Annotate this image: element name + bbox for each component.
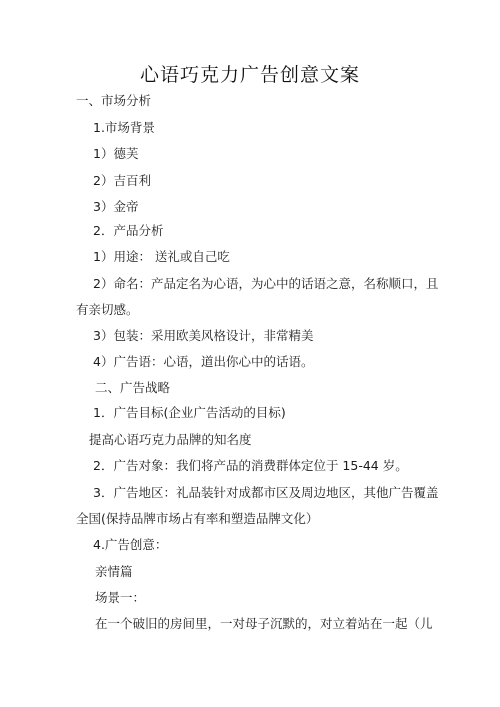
document-line: 2）命名：产品定名为心语，为心中的话语之意，名称顺口，且 bbox=[93, 276, 438, 292]
document-line: 提高心语巧克力品牌的知名度 bbox=[89, 432, 252, 448]
document-line: 一、市场分析 bbox=[76, 93, 151, 109]
document-line: 2．产品分析 bbox=[93, 223, 163, 239]
document-line: 有亲切感。 bbox=[76, 302, 139, 318]
document-title: 心语巧克力广告创意文案 bbox=[0, 60, 500, 87]
document-line: 2）吉百利 bbox=[93, 173, 151, 189]
document-line: 2．广告对象：我们将产品的消费群体定位于 15-44 岁。 bbox=[93, 458, 408, 474]
document-line: 4.广告创意： bbox=[93, 537, 167, 553]
document-line: 3．广告地区：礼品装针对成都市区及周边地区，其他广告覆盖 bbox=[93, 485, 438, 501]
document-line: 1）用途： 送礼或自己吃 bbox=[93, 249, 230, 265]
document-line: 3）金帝 bbox=[93, 199, 138, 215]
document-line: 1．广告目标(企业广告活动的目标) bbox=[93, 405, 286, 421]
document-line: 全国(保持品牌市场占有率和塑造品牌文化） bbox=[76, 511, 318, 527]
document-line: 1.市场背景 bbox=[93, 120, 155, 136]
document-line: 1）德芙 bbox=[93, 146, 138, 162]
document-line: 二、广告战略 bbox=[95, 380, 170, 396]
document-page: 心语巧克力广告创意文案 一、市场分析1.市场背景1）德芙2）吉百利3）金帝2．产… bbox=[0, 0, 500, 707]
document-line: 4）广告语：心语，道出你心中的话语。 bbox=[93, 354, 313, 370]
document-line: 场景一： bbox=[95, 590, 145, 606]
document-line: 亲情篇 bbox=[95, 564, 133, 580]
document-line: 在一个破旧的房间里，一对母子沉默的，对立着站在一起（儿 bbox=[95, 616, 433, 632]
document-line: 3）包装：采用欧美风格设计，非常精美 bbox=[93, 328, 313, 344]
